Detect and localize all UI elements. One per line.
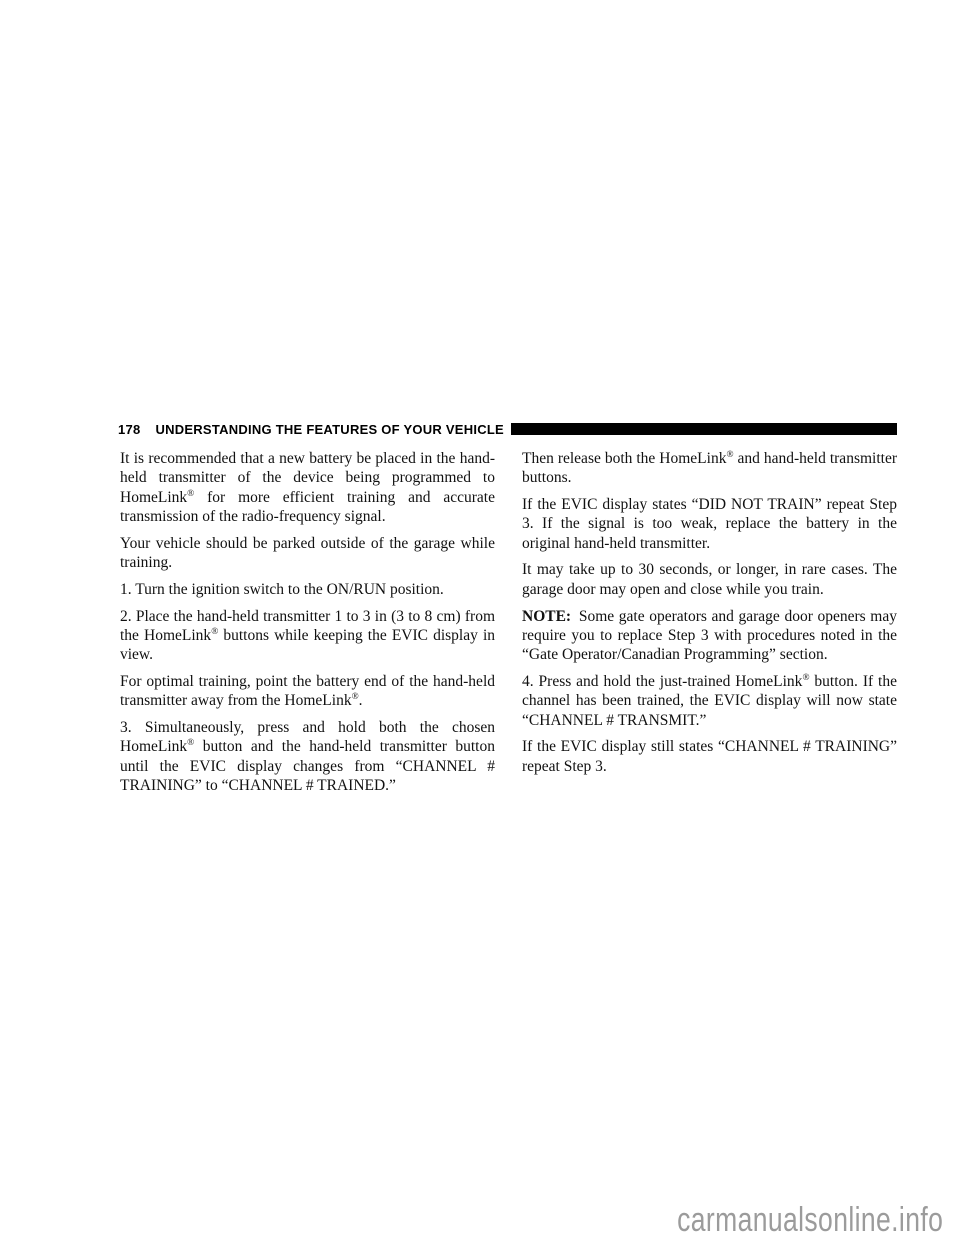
page-number: 178 (118, 422, 140, 437)
page-title: UNDERSTANDING THE FEATURES OF YOUR VEHIC… (155, 422, 504, 437)
para-still-training: If the EVIC display still states “CHANNE… (522, 737, 897, 776)
para-park-outside: Your vehicle should be parked outside of… (120, 534, 495, 573)
step-1-ignition: 1. Turn the ignition switch to the ON/RU… (120, 580, 495, 599)
note-gate-operators: NOTE: Some gate operators and garage doo… (522, 607, 897, 665)
right-column: Then release both the HomeLink® and hand… (522, 449, 897, 795)
para-30-seconds: It may take up to 30 seconds, or longer,… (522, 560, 897, 599)
left-column: It is recommended that a new battery be … (120, 449, 495, 795)
body-columns: It is recommended that a new battery be … (120, 449, 897, 795)
para-optimal-training: For optimal training, point the battery … (120, 672, 495, 711)
watermark-text: carmanualsonline.info (677, 1201, 943, 1240)
page-header: 178 UNDERSTANDING THE FEATURES OF YOUR V… (118, 422, 897, 436)
step-4-just-trained: 4. Press and hold the just-trained HomeL… (522, 672, 897, 730)
step-3-press-and-hold: 3. Simultaneously, press and hold both t… (120, 718, 495, 795)
para-release-buttons: Then release both the HomeLink® and hand… (522, 449, 897, 488)
para-did-not-train: If the EVIC display states “DID NOT TRAI… (522, 495, 897, 553)
header-rule-bar (511, 423, 897, 435)
para-battery-recommendation: It is recommended that a new battery be … (120, 449, 495, 526)
manual-page: 178 UNDERSTANDING THE FEATURES OF YOUR V… (0, 0, 960, 1242)
step-2-place-transmitter: 2. Place the hand-held transmitter 1 to … (120, 607, 495, 665)
